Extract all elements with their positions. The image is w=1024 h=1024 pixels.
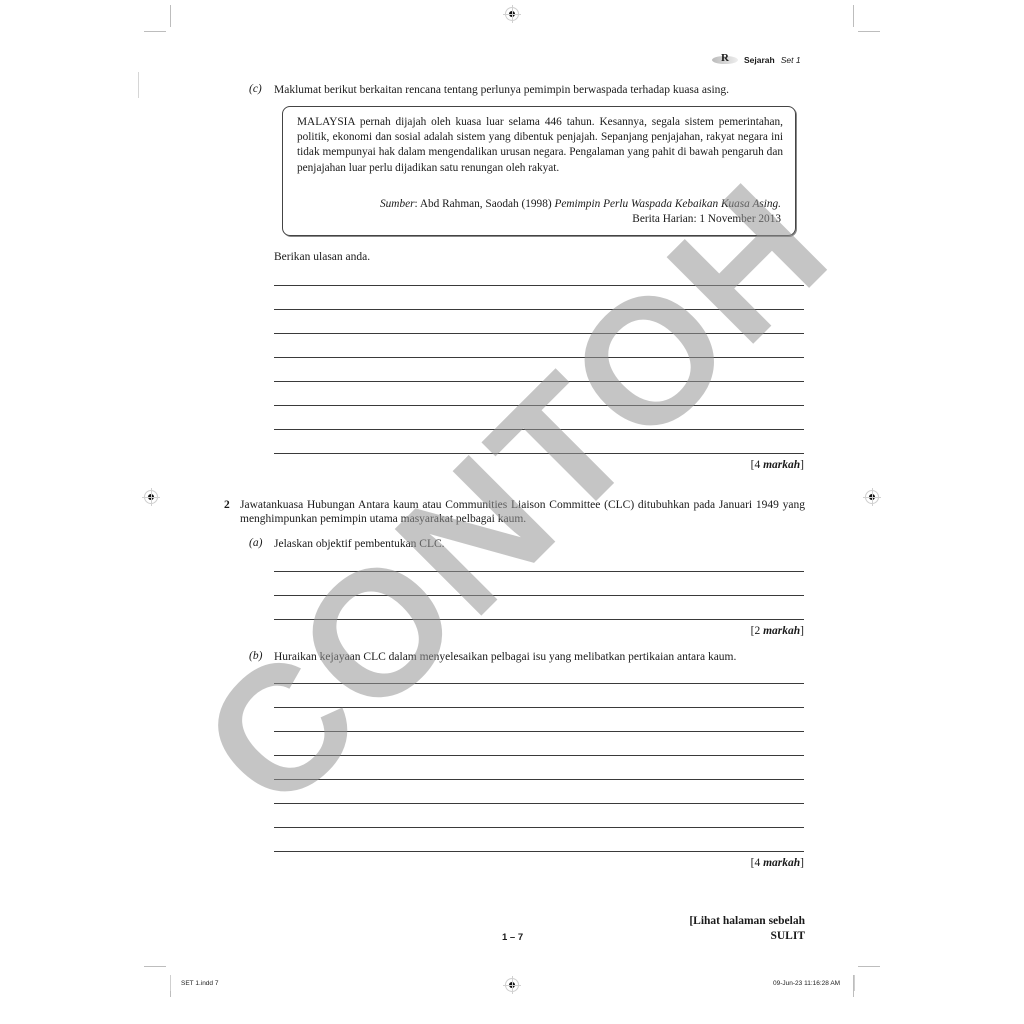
question-prompt: Maklumat berikut berkaitan rencana tenta… bbox=[274, 83, 814, 97]
source-publication: Berita Harian: 1 November 2013 bbox=[380, 212, 781, 227]
answer-line[interactable] bbox=[274, 755, 804, 756]
answer-line[interactable] bbox=[274, 333, 804, 334]
answer-line[interactable] bbox=[274, 453, 804, 454]
registration-mark-icon bbox=[505, 978, 519, 992]
answer-line[interactable] bbox=[274, 803, 804, 804]
page-number: 1 – 7 bbox=[502, 932, 523, 943]
question-number: 2 bbox=[224, 498, 230, 512]
set-label: Set 1 bbox=[781, 55, 801, 65]
answer-line[interactable] bbox=[274, 619, 804, 620]
answer-line[interactable] bbox=[274, 571, 804, 572]
crop-mark bbox=[170, 5, 171, 27]
crop-mark bbox=[144, 31, 166, 32]
crop-mark bbox=[858, 31, 880, 32]
registration-mark-icon bbox=[144, 490, 158, 504]
source-citation: Sumber: Abd Rahman, Saodah (1998) Pemimp… bbox=[380, 197, 781, 227]
marks-label: [2 markah] bbox=[751, 625, 804, 637]
crop-mark bbox=[858, 966, 880, 967]
next-page-note: [Lihat halaman sebelah bbox=[689, 915, 805, 927]
crop-mark bbox=[170, 975, 171, 991]
answer-line[interactable] bbox=[274, 827, 804, 828]
running-header: R Sejarah Set 1 bbox=[712, 51, 812, 69]
question-label: (c) bbox=[249, 83, 262, 95]
classification-label: SULIT bbox=[770, 930, 805, 942]
answer-line[interactable] bbox=[274, 285, 804, 286]
registration-mark-icon bbox=[505, 7, 519, 21]
part-a-label: (a) bbox=[249, 537, 262, 549]
answer-line[interactable] bbox=[274, 381, 804, 382]
slug-timestamp: 09-Jun-23 11:16:28 AM bbox=[773, 980, 840, 987]
scan-artifact bbox=[138, 72, 139, 98]
part-b-label: (b) bbox=[249, 650, 262, 662]
question-stem: Jawatankuasa Hubungan Antara kaum atau C… bbox=[240, 498, 805, 526]
answer-line[interactable] bbox=[274, 851, 804, 852]
source-excerpt-box: MALAYSIA pernah dijajah oleh kuasa luar … bbox=[282, 106, 796, 236]
slug-filename: SET 1.indd 7 bbox=[181, 980, 218, 987]
marks-label: [4 markah] bbox=[751, 459, 804, 471]
registration-mark-icon bbox=[865, 490, 879, 504]
answer-line[interactable] bbox=[274, 309, 804, 310]
marks-label: [4 markah] bbox=[751, 857, 804, 869]
instruction-text: Berikan ulasan anda. bbox=[274, 250, 370, 264]
answer-line[interactable] bbox=[274, 779, 804, 780]
part-a-prompt: Jelaskan objektif pembentukan CLC. bbox=[274, 537, 445, 551]
part-b-prompt: Huraikan kejayaan CLC dalam menyelesaika… bbox=[274, 650, 736, 664]
source-passage: MALAYSIA pernah dijajah oleh kuasa luar … bbox=[297, 115, 783, 176]
watermark: CONTOH bbox=[162, 142, 867, 847]
answer-line[interactable] bbox=[274, 683, 804, 684]
answer-line[interactable] bbox=[274, 357, 804, 358]
subject-title: Sejarah bbox=[744, 55, 775, 65]
answer-line[interactable] bbox=[274, 429, 804, 430]
answer-line[interactable] bbox=[274, 405, 804, 406]
crop-mark bbox=[144, 966, 166, 967]
answer-line[interactable] bbox=[274, 731, 804, 732]
crop-mark bbox=[853, 5, 854, 27]
source-title: Pemimpin Perlu Waspada Kebaikan Kuasa As… bbox=[554, 198, 781, 210]
answer-line[interactable] bbox=[274, 595, 804, 596]
crop-mark bbox=[854, 975, 855, 991]
publisher-logo-icon: R bbox=[712, 53, 740, 67]
source-label: Sumber bbox=[380, 198, 415, 210]
answer-line[interactable] bbox=[274, 707, 804, 708]
